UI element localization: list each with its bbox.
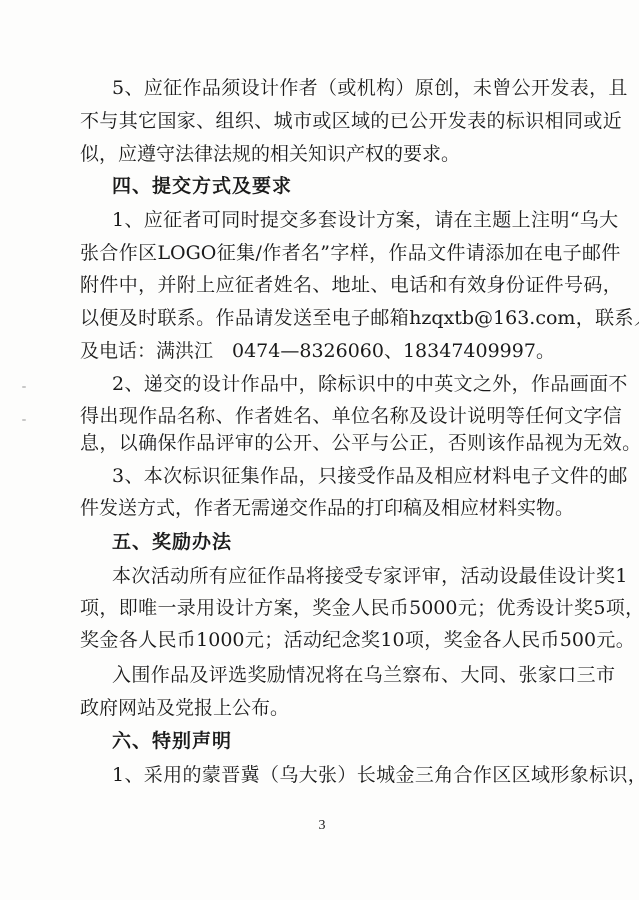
paragraph-line: 1 、 采 用 的 蒙 晋 冀 （ 乌 大 张 ） 长 城 金 三 角 合 作 … [112, 762, 562, 788]
section-heading-awards: 五、奖励办法 [112, 529, 562, 555]
paragraph-line: 政府网站及党报上公布。 [80, 695, 562, 721]
paragraph-line: 不 与 其 它 国 家 、 组 织 、 城 市 或 区 域 的 已 公 开 发 … [80, 108, 562, 134]
paragraph-line-email: 以 便 及 时 联 系 。 作 品 请 发 送 至 电 子 邮 箱 hzqxtb… [80, 305, 562, 331]
paragraph-line: 本 次 活 动 所 有 应 征 作 品 将 接 受 专 家 评 审 ， 活 动 … [112, 563, 562, 589]
paragraph-line: 似，应遵守法律法规的相关知识产权的要求。 [80, 141, 562, 167]
document-page: 5 、 应 征 作 品 须 设 计 作 者 （ 或 机 构 ） 原 创 ， 未 … [0, 0, 639, 900]
paragraph-line: 3 、 本 次 标 识 征 集 作 品 ， 只 接 受 作 品 及 相 应 材 … [112, 463, 562, 489]
section-heading-special-statement: 六、特别声明 [112, 728, 562, 754]
scan-margin-mark [22, 386, 26, 388]
scan-margin-mark [22, 419, 26, 421]
paragraph-line: 附 件 中 ， 并 附 上 应 征 者 姓 名 、 地 址 、 电 话 和 有 … [80, 272, 562, 298]
paragraph-line: 1 、 应 征 者 可 同 时 提 交 多 套 设 计 方 案 ， 请 在 主 … [112, 207, 562, 233]
paragraph-line: 5 、 应 征 作 品 须 设 计 作 者 （ 或 机 构 ） 原 创 ， 未 … [112, 75, 562, 101]
paragraph-line: 项 ， 即 唯 一 录 用 设 计 方 案 ， 奖 金 人 民 币 5000 元… [80, 595, 562, 621]
paragraph-line: 奖 金 各 人 民 币 1000 元 ； 活 动 纪 念 奖 10 项 ， 奖 … [80, 627, 562, 653]
paragraph-line: 息 ， 以 确 保 作 品 评 审 的 公 开 、 公 平 与 公 正 ， 否 … [80, 430, 562, 456]
paragraph-line: 得 出 现 作 品 名 称 、 作 者 姓 名 、 单 位 名 称 及 设 计 … [80, 403, 562, 429]
section-heading-submission: 四、提交方式及要求 [112, 173, 562, 199]
page-number: 3 [310, 816, 334, 836]
paragraph-line: 2 、 递 交 的 设 计 作 品 中 ， 除 标 识 中 的 中 英 文 之 … [112, 371, 562, 397]
paragraph-line: 件发送方式，作者无需递交作品的打印稿及相应材料实物。 [80, 495, 562, 521]
paragraph-line: 入 围 作 品 及 评 选 奖 励 情 况 将 在 乌 兰 察 布 、 大 同 … [112, 662, 562, 688]
paragraph-line: 张 合 作 区 LOGO 征 集 / 作 者 名 ” 字 样 ， 作 品 文 件… [80, 240, 562, 266]
paragraph-line-contact: 及电话：满洪江 0474—8326060、18347409997。 [80, 338, 562, 364]
